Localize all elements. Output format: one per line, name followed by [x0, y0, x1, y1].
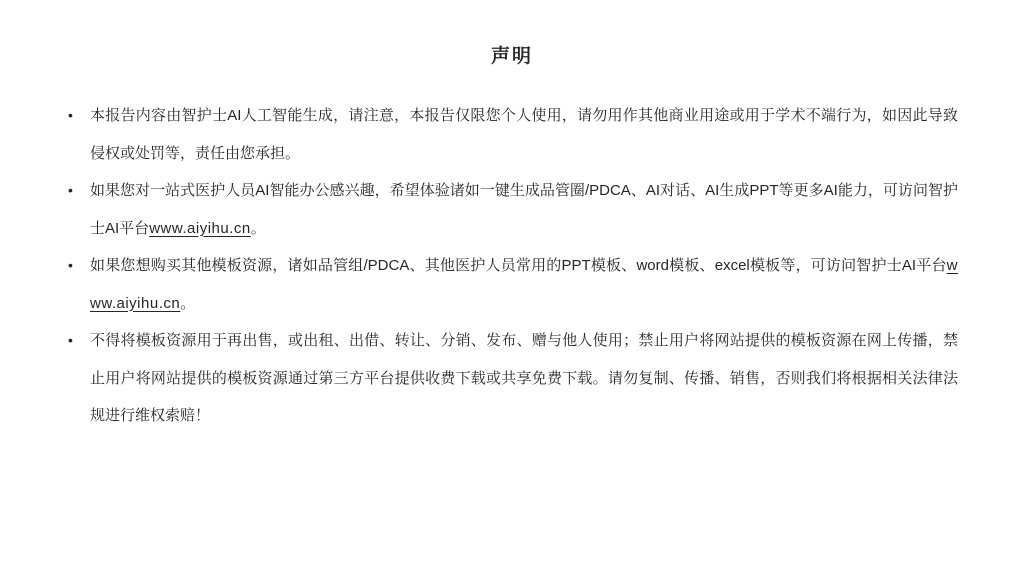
bullet-icon: •: [68, 322, 73, 360]
bullet-text: 。: [251, 220, 266, 237]
bullet-icon: •: [68, 97, 73, 135]
bullet-text: 如果您想购买其他模板资源，诸如品管组/PDCA、其他医护人员常用的PPT模板、w…: [90, 257, 947, 274]
list-item: • 本报告内容由智护士AI人工智能生成，请注意，本报告仅限您个人使用，请勿用作其…: [66, 97, 958, 172]
list-item: • 不得将模板资源用于再出售，或出租、出借、转让、分销、发布、赠与他人使用；禁止…: [66, 322, 958, 435]
list-item: • 如果您想购买其他模板资源，诸如品管组/PDCA、其他医护人员常用的PPT模板…: [66, 247, 958, 322]
bullet-text: 。: [180, 295, 195, 312]
statement-slide: 声明 • 本报告内容由智护士AI人工智能生成，请注意，本报告仅限您个人使用，请勿…: [0, 0, 1024, 576]
bullet-list: • 本报告内容由智护士AI人工智能生成，请注意，本报告仅限您个人使用，请勿用作其…: [66, 97, 958, 435]
bullet-icon: •: [68, 172, 73, 210]
list-item: • 如果您对一站式医护人员AI智能办公感兴趣，希望体验诸如一键生成品管圈/PDC…: [66, 172, 958, 247]
bullet-text: 不得将模板资源用于再出售，或出租、出借、转让、分销、发布、赠与他人使用；禁止用户…: [90, 332, 958, 424]
bullet-text: 本报告内容由智护士AI人工智能生成，请注意，本报告仅限您个人使用，请勿用作其他商…: [90, 107, 958, 162]
page-title: 声明: [0, 0, 1024, 70]
bullet-icon: •: [68, 247, 73, 285]
aiyihu-link[interactable]: www.aiyihu.cn: [149, 220, 251, 237]
